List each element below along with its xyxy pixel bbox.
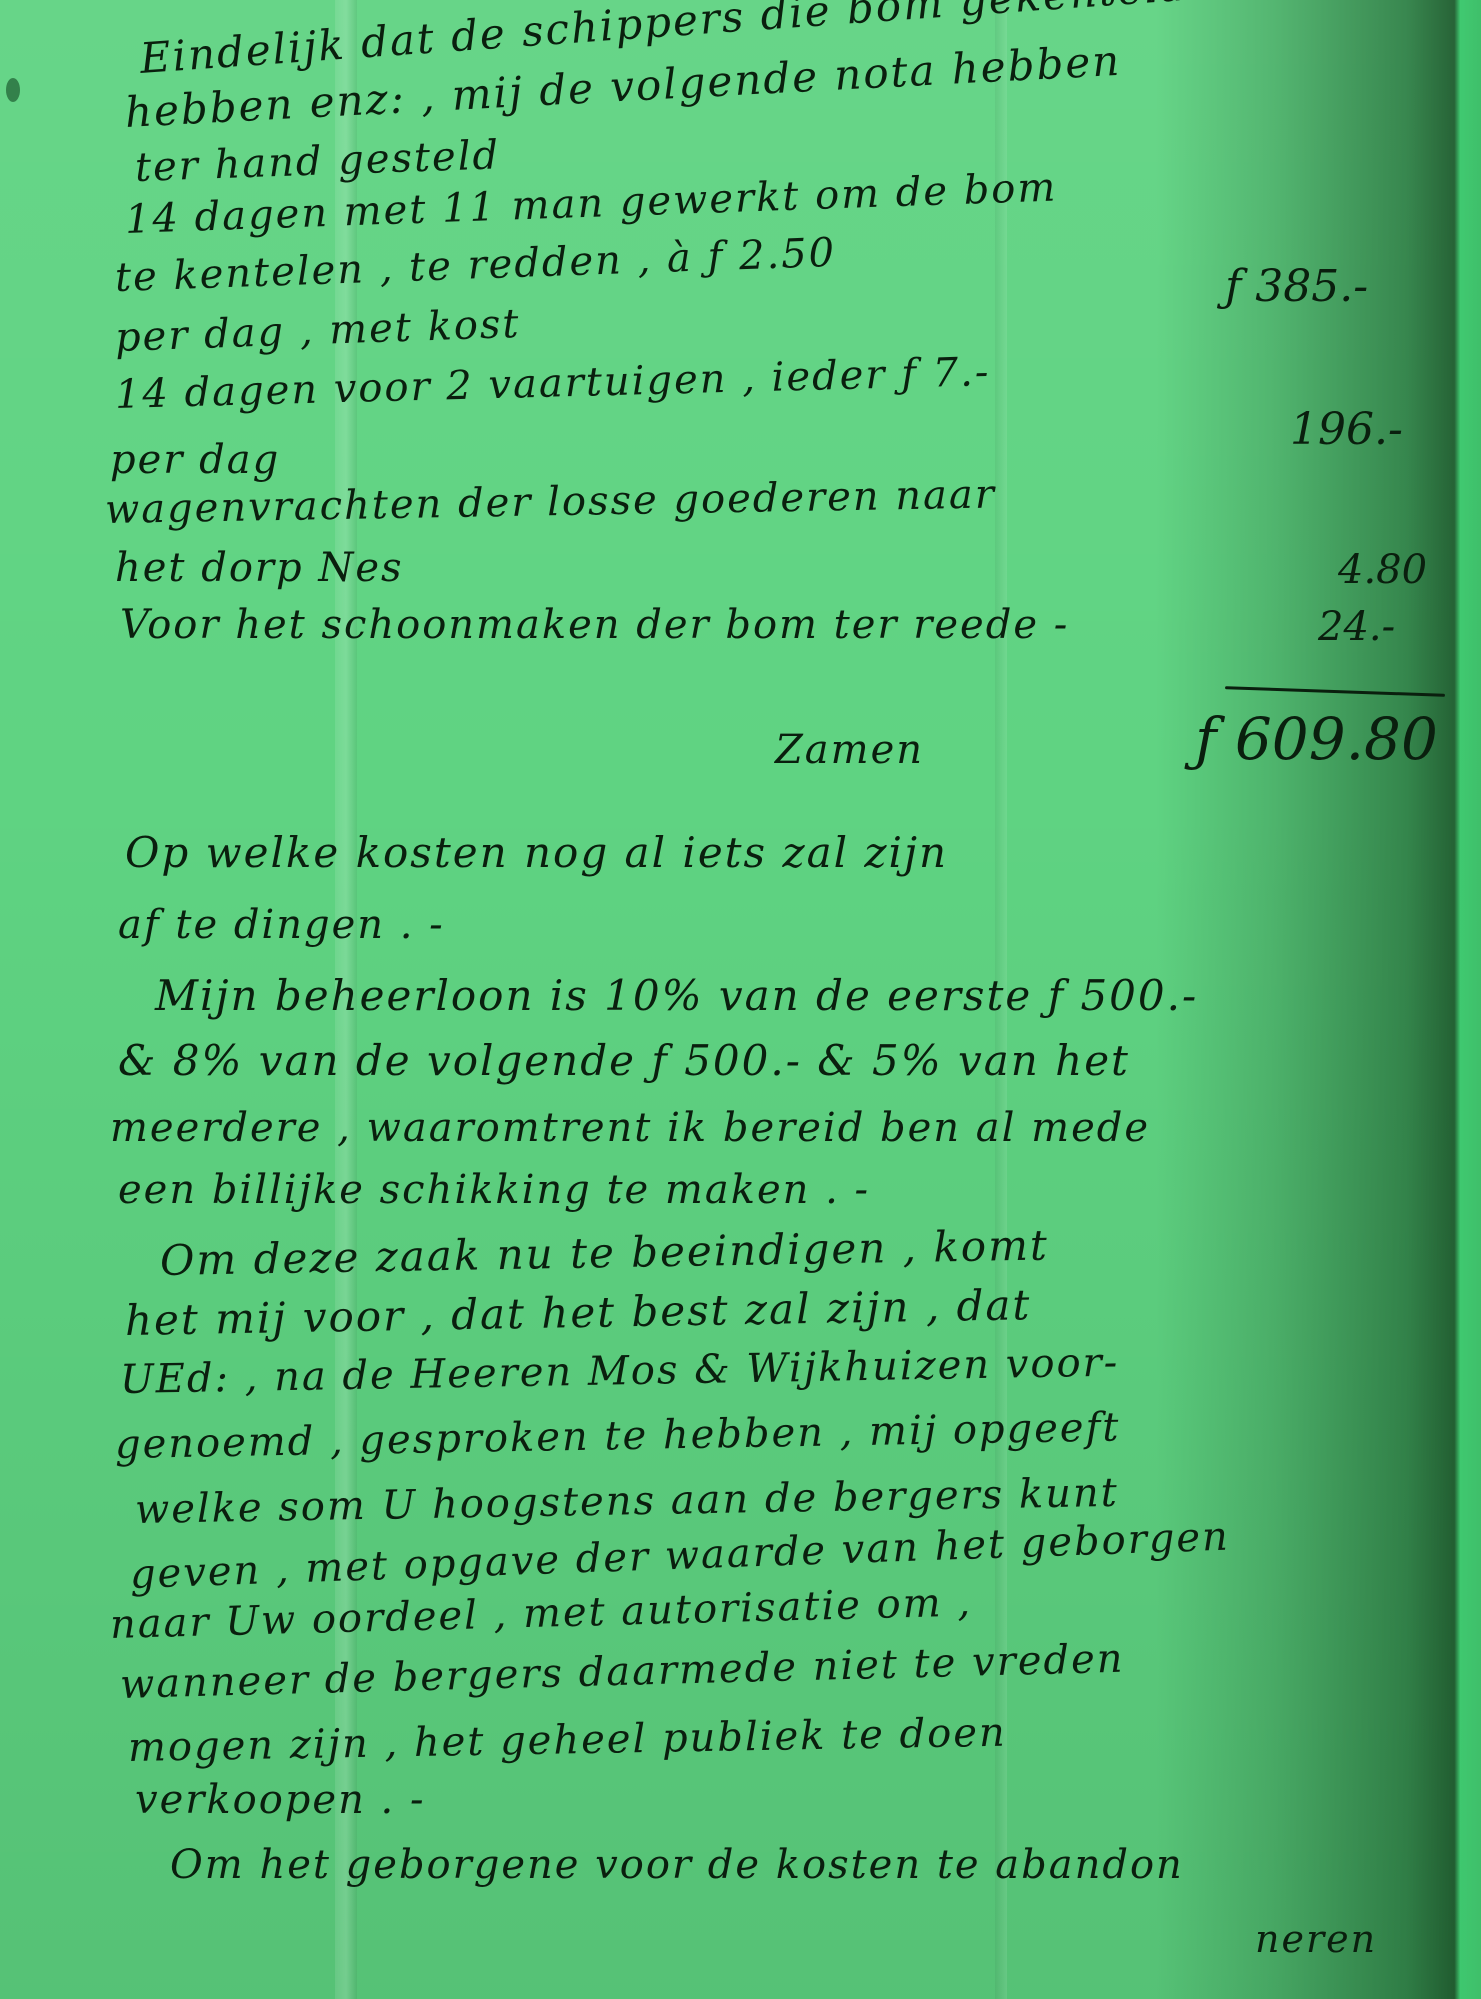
letter-line: wanneer de bergers daarmede niet te vred… — [119, 1639, 1124, 1705]
letter-page: Eindelijk dat de schippers die bom geken… — [0, 0, 1481, 1999]
letter-line: een billijke schikking te maken . - — [118, 1170, 870, 1210]
expense-line: het dorp Nes — [115, 548, 404, 588]
amount-labor: ƒ 385.- — [1225, 265, 1368, 309]
expense-line: te kentelen , te redden , à ƒ 2.50 — [114, 233, 836, 298]
letter-line: Om deze zaak nu te beeindigen , komt — [160, 1224, 1050, 1282]
letter-line: mogen zijn , het geheel publiek te doen — [128, 1713, 1007, 1768]
letter-line: af te dingen . - — [118, 905, 445, 945]
total-label: Zamen — [775, 730, 924, 770]
letter-line: Op welke kosten nog al iets zal zijn — [125, 832, 948, 874]
letter-line: het mij voor , dat het best zal zijn , d… — [125, 1284, 1032, 1342]
amount-wagon-freight: 4.80 — [1338, 550, 1427, 590]
letter-line: ter hand gesteld — [134, 135, 500, 188]
letter-line: UEd: , na de Heeren Mos & Wijkhuizen voo… — [120, 1343, 1120, 1400]
expense-line: Voor het schoonmaken der bom ter reede - — [120, 605, 1069, 645]
letter-line: welke som U hoogstens aan de bergers kun… — [135, 1473, 1119, 1530]
letter-line: meerdere , waaromtrent ik bereid ben al … — [110, 1108, 1150, 1148]
letter-line: & 8% van de volgende ƒ 500.- & 5% van he… — [118, 1040, 1130, 1082]
expense-line: per dag , met kost — [114, 304, 521, 358]
expense-line: per dag — [110, 440, 280, 480]
amount-total: ƒ 609.80 — [1195, 710, 1438, 768]
letter-line: verkoopen . - — [135, 1780, 426, 1820]
ink-stain — [6, 78, 20, 102]
letter-line: neren — [1255, 1920, 1377, 1958]
expense-line: 14 dagen voor 2 vaartuigen , ieder ƒ 7.- — [114, 352, 990, 415]
letter-line: Om het geborgene voor de kosten te aband… — [170, 1845, 1184, 1885]
amount-cleaning: 24.- — [1318, 607, 1395, 647]
total-underline — [1225, 686, 1445, 697]
letter-line: genoemd , gesproken te hebben , mij opge… — [115, 1407, 1121, 1465]
letter-line: Mijn beheerloon is 10% van de eerste ƒ 5… — [155, 975, 1198, 1017]
amount-vessels: 196.- — [1290, 408, 1403, 452]
